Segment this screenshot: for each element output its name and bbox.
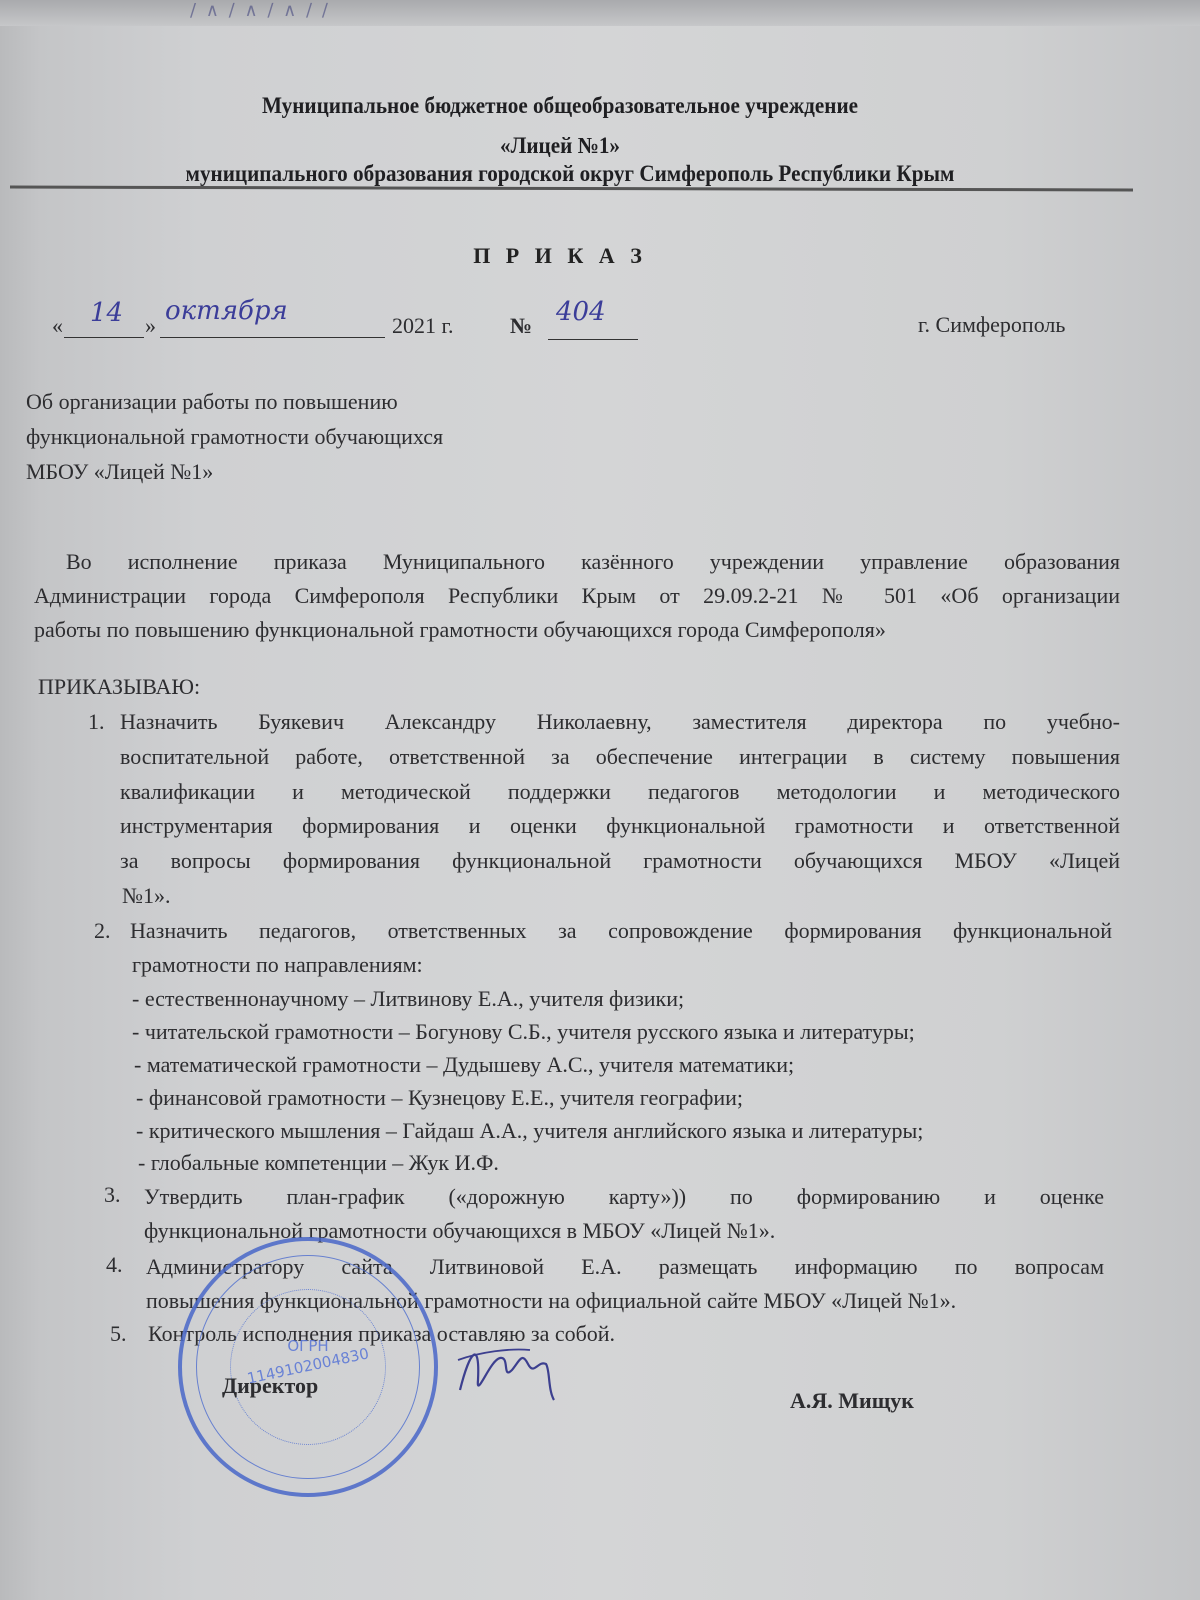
subject-line-2: функциональной грамотности обучающихся (26, 424, 443, 450)
item-number: 4. (106, 1252, 123, 1278)
item-number: 1. (88, 709, 105, 735)
month-underline (160, 337, 385, 338)
item-line: Утвердить план-график («дорожную карту»)… (144, 1184, 1104, 1210)
signatory-role: Директор (222, 1373, 318, 1399)
item-number: 5. (110, 1321, 127, 1347)
header-line-2: «Лицей №1» (45, 133, 1075, 159)
preamble-line-1: Во исполнение приказа Муниципального каз… (66, 549, 1120, 575)
order-city: г. Симферополь (918, 312, 1065, 338)
subitem: - естественнонаучному – Литвинову Е.А., … (132, 986, 684, 1012)
subitem: - финансовой грамотности – Кузнецову Е.Е… (136, 1085, 743, 1111)
subitem: - глобальные компетенции – Жук И.Ф. (138, 1150, 499, 1176)
item-number: 3. (104, 1182, 121, 1208)
preamble-line-2: Администрации города Симферополя Республ… (34, 583, 1120, 609)
order-day: 14 (90, 298, 123, 328)
item-line: квалификации и методической поддержки пе… (120, 779, 1120, 805)
subitem: - критического мышления – Гайдаш А.А., у… (136, 1118, 923, 1144)
page-top-edge (0, 0, 1200, 26)
number-underline (548, 339, 638, 340)
signatory-name: А.Я. Мищук (790, 1388, 914, 1414)
item-line: грамотности по направлениям: (132, 952, 423, 978)
day-open-quote: « (52, 313, 63, 339)
item-line: инструментария формирования и оценки фун… (120, 813, 1120, 839)
item-line: Назначить педагогов, ответственных за со… (130, 918, 1112, 944)
subject-line-1: Об организации работы по повышению (26, 389, 398, 415)
header-line-1: Муниципальное бюджетное общеобразователь… (45, 93, 1075, 119)
preamble-line-3: работы по повышению функциональной грамо… (34, 617, 886, 643)
order-year: 2021 г. (392, 313, 454, 339)
item-line: за вопросы формирования функциональной г… (120, 848, 1120, 874)
official-stamp: ОГРН 1149102004830 (178, 1237, 438, 1497)
item-line: Назначить Буякевич Александру Николаевну… (120, 709, 1120, 735)
order-word: ПРИКАЗЫВАЮ: (38, 674, 200, 700)
page-title: П Р И К А З (0, 243, 1120, 269)
header-line-3: муниципального образования городской окр… (46, 161, 1095, 187)
order-number: 404 (556, 297, 606, 327)
handwritten-signature-icon (450, 1330, 560, 1410)
item-line: воспитательной работе, ответственной за … (120, 744, 1120, 770)
order-month: октября (165, 296, 288, 326)
subitem: - читательской грамотности – Богунову С.… (132, 1019, 915, 1045)
top-edge-handwriting: / ∧ ∕ ∧ ∕ ∧ ∕ ∕ (190, 0, 330, 21)
order-number-label: № (510, 313, 532, 339)
day-underline (64, 337, 144, 338)
subitem: - математической грамотности – Дудышеву … (134, 1052, 794, 1078)
item-number: 2. (94, 918, 111, 944)
item-line: №1». (122, 883, 171, 909)
subject-line-3: МБОУ «Лицей №1» (26, 459, 213, 485)
item-line: функциональной грамотности обучающихся в… (144, 1218, 775, 1244)
day-close-quote: » (145, 313, 156, 339)
